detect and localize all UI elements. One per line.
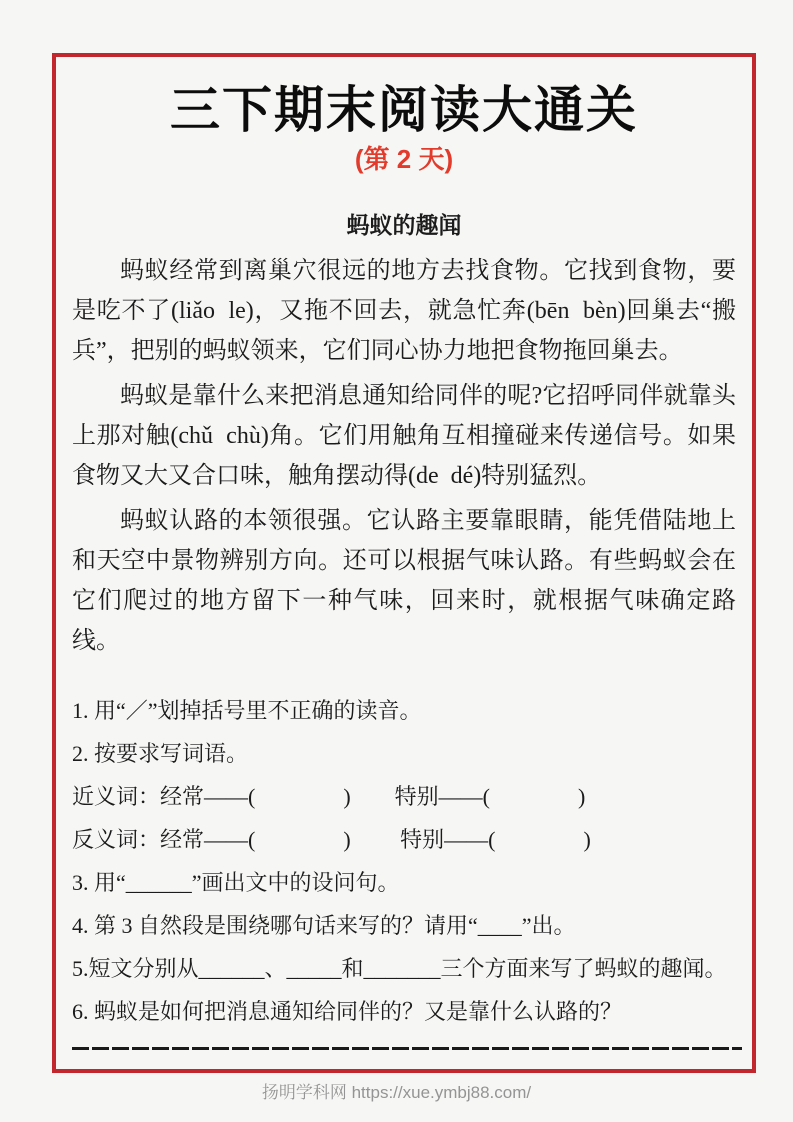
- passage-paragraph-2: 蚂蚁是靠什么来把消息通知给同伴的呢?它招呼同伴就靠头上那对触(chǔ chù)角…: [72, 376, 736, 496]
- question-6: 6. 蚂蚁是如何把消息通知给同伴的？又是靠什么认路的？: [72, 990, 736, 1033]
- question-5: 5.短文分别从______、_____和_______三个方面来写了蚂蚁的趣闻。: [72, 947, 736, 990]
- footer-watermark: 扬明学科网 https://xue.ymbj88.com/: [0, 1078, 793, 1103]
- question-3: 3. 用“______”画出文中的设问句。: [72, 861, 736, 904]
- question-list: 1. 用“／”划掉括号里不正确的读音。 2. 按要求写词语。 近义词：经常——(…: [72, 689, 736, 1033]
- page-title: 三下期末阅读大通关: [72, 83, 736, 138]
- question-1: 1. 用“／”划掉括号里不正确的读音。: [72, 689, 736, 732]
- passage-title: 蚂蚁的趣闻: [72, 212, 736, 240]
- question-2-antonyms-line: 反义词：经常——( ) 特别——( ): [72, 818, 736, 861]
- worksheet-border: 三下期末阅读大通关 (第 2 天) 蚂蚁的趣闻 蚂蚁经常到离巢穴很远的地方去找食…: [52, 53, 756, 1073]
- question-2: 2. 按要求写词语。: [72, 732, 736, 775]
- question-4: 4. 第 3 自然段是围绕哪句话来写的？请用“____”出。: [72, 904, 736, 947]
- passage-paragraph-1: 蚂蚁经常到离巢穴很远的地方去找食物。它找到食物，要是吃不了(liǎo le)，又…: [72, 251, 736, 371]
- passage-body: 蚂蚁经常到离巢穴很远的地方去找食物。它找到食物，要是吃不了(liǎo le)，又…: [72, 251, 736, 661]
- question-2-synonyms-line: 近义词：经常——( ) 特别——( ): [72, 775, 736, 818]
- page-subtitle: (第 2 天): [72, 144, 736, 175]
- passage-paragraph-3: 蚂蚁认路的本领很强。它认路主要靠眼睛，能凭借陆地上和天空中景物辨别方向。还可以根…: [72, 501, 736, 661]
- answer-line: [72, 1047, 742, 1050]
